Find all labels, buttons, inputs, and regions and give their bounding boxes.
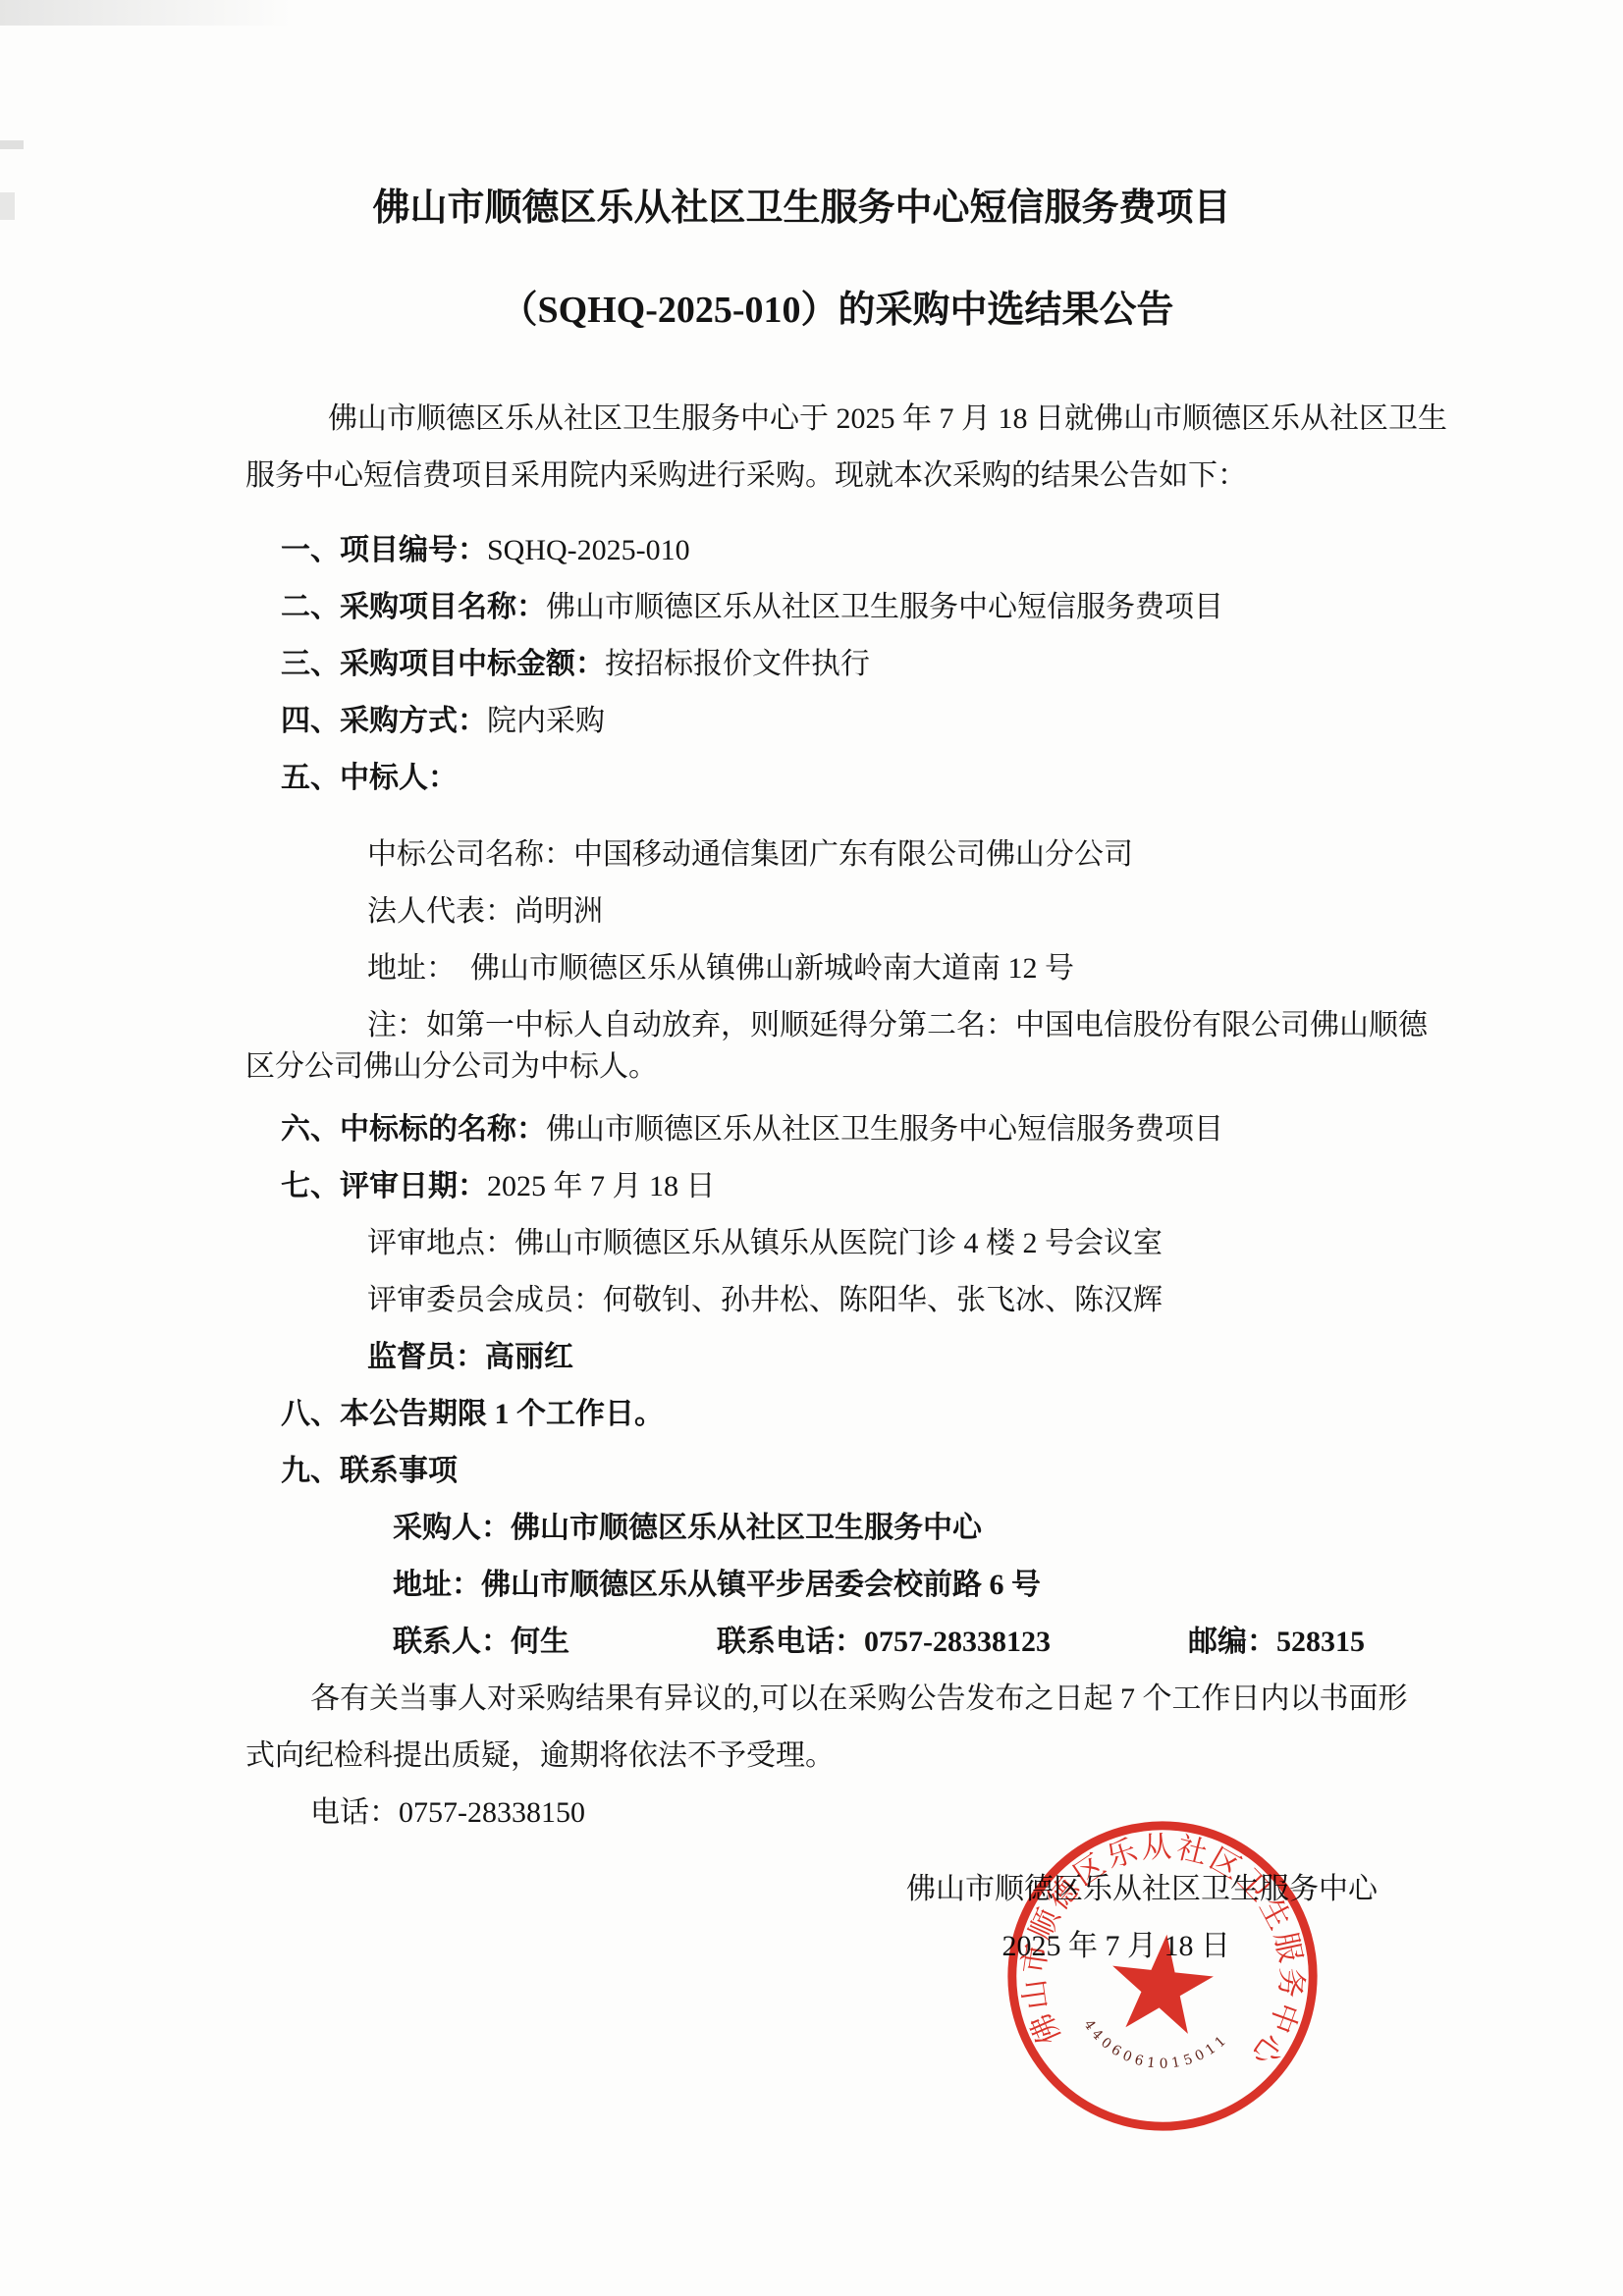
intro-paragraph-line2: 服务中心短信费项目采用院内采购进行采购。现就本次采购的结果公告如下： bbox=[245, 448, 1429, 505]
seal-code-text: 4406061015011 bbox=[1076, 2016, 1233, 2080]
official-red-seal: 佛山市顺德区乐从社区卫生服务中心 4406061015011 bbox=[981, 1794, 1343, 2157]
intro-paragraph-line1: 佛山市顺德区乐从社区卫生服务中心于 2025 年 7 月 18 日就佛山市顺德区… bbox=[245, 391, 1429, 448]
contact-address-line: 地址：佛山市顺德区乐从镇平步居委会校前路 6 号 bbox=[245, 1557, 1429, 1614]
item-7-value: 2025 年 7 月 18 日 bbox=[487, 1170, 716, 1202]
item-2-value: 佛山市顺德区乐从社区卫生服务中心短信服务费项目 bbox=[546, 591, 1223, 623]
document-title-line2: （SQHQ-2025-010）的采购中选结果公告 bbox=[245, 285, 1429, 336]
document-body: 佛山市顺德区乐从社区卫生服务中心短信服务费项目 （SQHQ-2025-010）的… bbox=[245, 0, 1429, 1975]
item-6-award-subject: 六、中标标的名称：佛山市顺德区乐从社区卫生服务中心短信服务费项目 bbox=[245, 1101, 1429, 1158]
contact-buyer-line: 采购人：佛山市顺德区乐从社区卫生服务中心 bbox=[245, 1500, 1429, 1557]
item-3-value: 按招标报价文件执行 bbox=[605, 648, 870, 680]
item-5-label: 五、中标人： bbox=[281, 762, 458, 794]
seal-star-icon bbox=[1107, 1929, 1217, 2036]
review-supervisor-line: 监督员：高丽红 bbox=[245, 1329, 1429, 1386]
review-location-line: 评审地点：佛山市顺德区乐从镇乐从医院门诊 4 楼 2 号会议室 bbox=[245, 1215, 1429, 1272]
item-2-label: 二、采购项目名称： bbox=[281, 591, 546, 623]
item-6-label: 六、中标标的名称： bbox=[281, 1113, 546, 1146]
winner-company-line: 中标公司名称：中国移动通信集团广东有限公司佛山分公司 bbox=[245, 827, 1429, 883]
winner-address-line: 地址： 佛山市顺德区乐从镇佛山新城岭南大道南 12 号 bbox=[245, 940, 1429, 997]
scan-artifact bbox=[0, 140, 24, 149]
item-3-label: 三、采购项目中标金额： bbox=[281, 648, 605, 680]
item-1-value: SQHQ-2025-010 bbox=[487, 534, 690, 566]
item-6-value: 佛山市顺德区乐从社区卫生服务中心短信服务费项目 bbox=[546, 1113, 1223, 1146]
scan-artifact bbox=[0, 192, 15, 220]
contact-person: 联系人：何生 bbox=[393, 1614, 569, 1671]
item-8-notice-period: 八、本公告期限 1 个工作日。 bbox=[245, 1386, 1429, 1443]
item-5-winner-heading: 五、中标人： bbox=[245, 750, 1429, 807]
contact-info-row: 联系人：何生 联系电话：0757-28338123 邮编：528315 bbox=[245, 1614, 1429, 1671]
document-title-line1: 佛山市顺德区乐从社区卫生服务中心短信服务费项目 bbox=[210, 183, 1393, 234]
item-2-project-name: 二、采购项目名称：佛山市顺德区乐从社区卫生服务中心短信服务费项目 bbox=[245, 579, 1429, 636]
contact-phone: 联系电话：0757-28338123 bbox=[717, 1614, 1051, 1671]
item-1-label: 一、项目编号： bbox=[281, 534, 487, 566]
item-3-award-amount: 三、采购项目中标金额：按招标报价文件执行 bbox=[245, 636, 1429, 693]
item-4-label: 四、采购方式： bbox=[281, 705, 487, 737]
review-committee-line: 评审委员会成员：何敬钊、孙井松、陈阳华、张飞冰、陈汉辉 bbox=[245, 1272, 1429, 1329]
item-1-project-number: 一、项目编号：SQHQ-2025-010 bbox=[245, 522, 1429, 579]
winner-legal-rep-line: 法人代表：尚明洲 bbox=[245, 883, 1429, 940]
item-9-contact-heading: 九、联系事项 bbox=[245, 1443, 1429, 1500]
item-7-review-date: 七、评审日期：2025 年 7 月 18 日 bbox=[245, 1158, 1429, 1215]
objection-paragraph-line1: 各有关当事人对采购结果有异议的,可以在采购公告发布之日起 7 个工作日内以书面形 bbox=[245, 1671, 1429, 1728]
item-7-label: 七、评审日期： bbox=[281, 1170, 487, 1202]
contact-postcode: 邮编：528315 bbox=[1188, 1614, 1365, 1671]
objection-paragraph-line2: 式向纪检科提出质疑，逾期将依法不予受理。 bbox=[245, 1728, 1429, 1785]
item-4-procurement-method: 四、采购方式：院内采购 bbox=[245, 693, 1429, 750]
item-4-value: 院内采购 bbox=[487, 705, 605, 737]
scanned-document-page: 佛山市顺德区乐从社区卫生服务中心短信服务费项目 （SQHQ-2025-010）的… bbox=[0, 0, 1623, 2296]
